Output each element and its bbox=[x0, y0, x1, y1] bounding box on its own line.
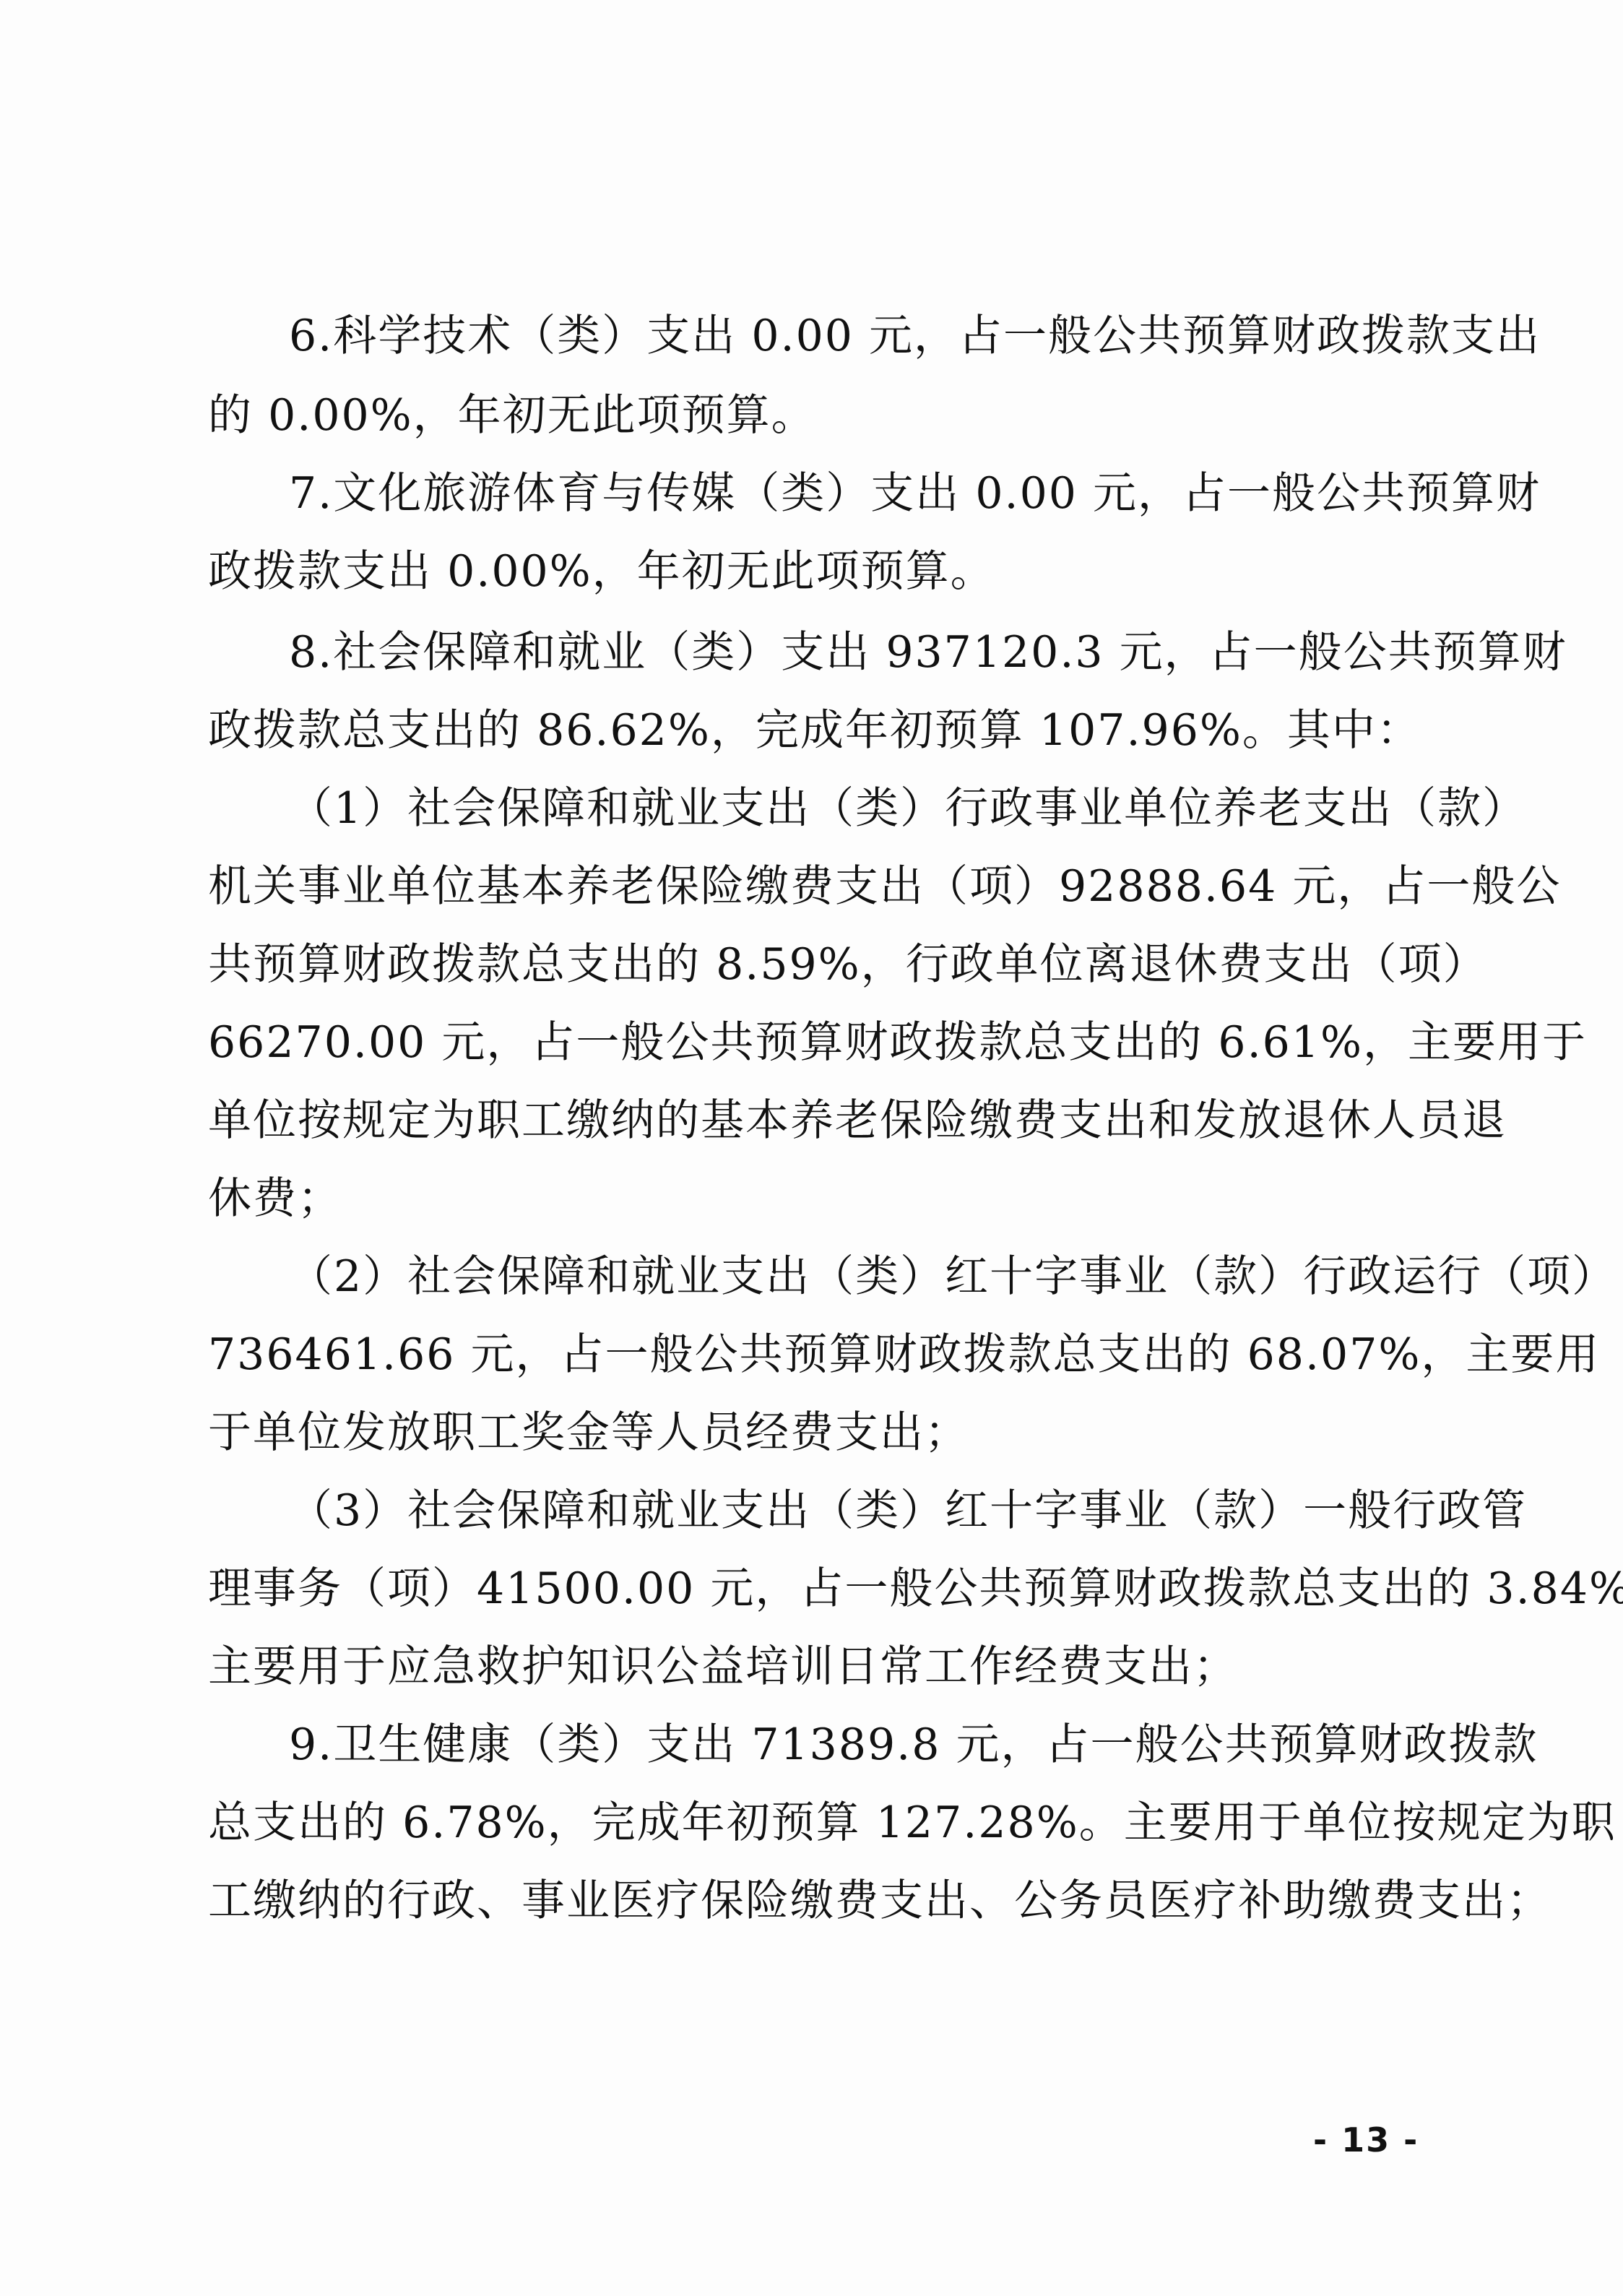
item-6-line-1: 6.科学技术（类）支出 0.00 元，占一般公共预算财政拨款支出 bbox=[289, 307, 1407, 365]
item-8-line-2: 政拨款总支出的 86.62%，完成年初预算 107.96%。其中： bbox=[208, 702, 1407, 759]
item-8-line-1: 8.社会保障和就业（类）支出 937120.3 元，占一般公共预算财 bbox=[289, 623, 1407, 681]
item-9-line-3: 工缴纳的行政、事业医疗保险缴费支出、公务员医疗补助缴费支出； bbox=[208, 1872, 1407, 1930]
item-8-1-line-2: 机关事业单位基本养老保险缴费支出（项）92888.64 元，占一般公 bbox=[208, 858, 1407, 915]
item-7-line-1: 7.文化旅游体育与传媒（类）支出 0.00 元，占一般公共预算财 bbox=[289, 465, 1407, 522]
item-8-2-line-2: 736461.66 元，占一般公共预算财政拨款总支出的 68.07%，主要用 bbox=[208, 1326, 1407, 1384]
item-8-1-line-6: 休费； bbox=[208, 1170, 1407, 1227]
item-8-2-line-1: （2）社会保障和就业支出（类）红十字事业（款）行政运行（项） bbox=[289, 1248, 1407, 1305]
item-9-line-1: 9.卫生健康（类）支出 71389.8 元，占一般公共预算财政拨款 bbox=[289, 1716, 1407, 1774]
item-7-line-2: 政拨款支出 0.00%，年初无此项预算。 bbox=[208, 543, 1407, 600]
item-8-1-line-1: （1）社会保障和就业支出（类）行政事业单位养老支出（款） bbox=[289, 780, 1407, 837]
item-6-line-2: 的 0.00%，年初无此项预算。 bbox=[208, 387, 1407, 444]
item-8-1-line-3: 共预算财政拨款总支出的 8.59%，行政单位离退休费支出（项） bbox=[208, 936, 1407, 993]
item-8-1-line-4: 66270.00 元，占一般公共预算财政拨款总支出的 6.61%，主要用于 bbox=[208, 1014, 1407, 1071]
document-page: 6.科学技术（类）支出 0.00 元，占一般公共预算财政拨款支出 的 0.00%… bbox=[0, 0, 1623, 2296]
item-8-2-line-3: 于单位发放职工奖金等人员经费支出； bbox=[208, 1404, 1407, 1462]
item-8-3-line-1: （3）社会保障和就业支出（类）红十字事业（款）一般行政管 bbox=[289, 1482, 1407, 1540]
page-number: - 13 - bbox=[1313, 2120, 1419, 2159]
item-8-3-line-2: 理事务（项）41500.00 元，占一般公共预算财政拨款总支出的 3.84%， bbox=[208, 1560, 1407, 1618]
item-8-3-line-3: 主要用于应急救护知识公益培训日常工作经费支出； bbox=[208, 1638, 1407, 1696]
item-8-1-line-5: 单位按规定为职工缴纳的基本养老保险缴费支出和发放退休人员退 bbox=[208, 1092, 1407, 1149]
item-9-line-2: 总支出的 6.78%，完成年初预算 127.28%。主要用于单位按规定为职 bbox=[208, 1794, 1407, 1852]
